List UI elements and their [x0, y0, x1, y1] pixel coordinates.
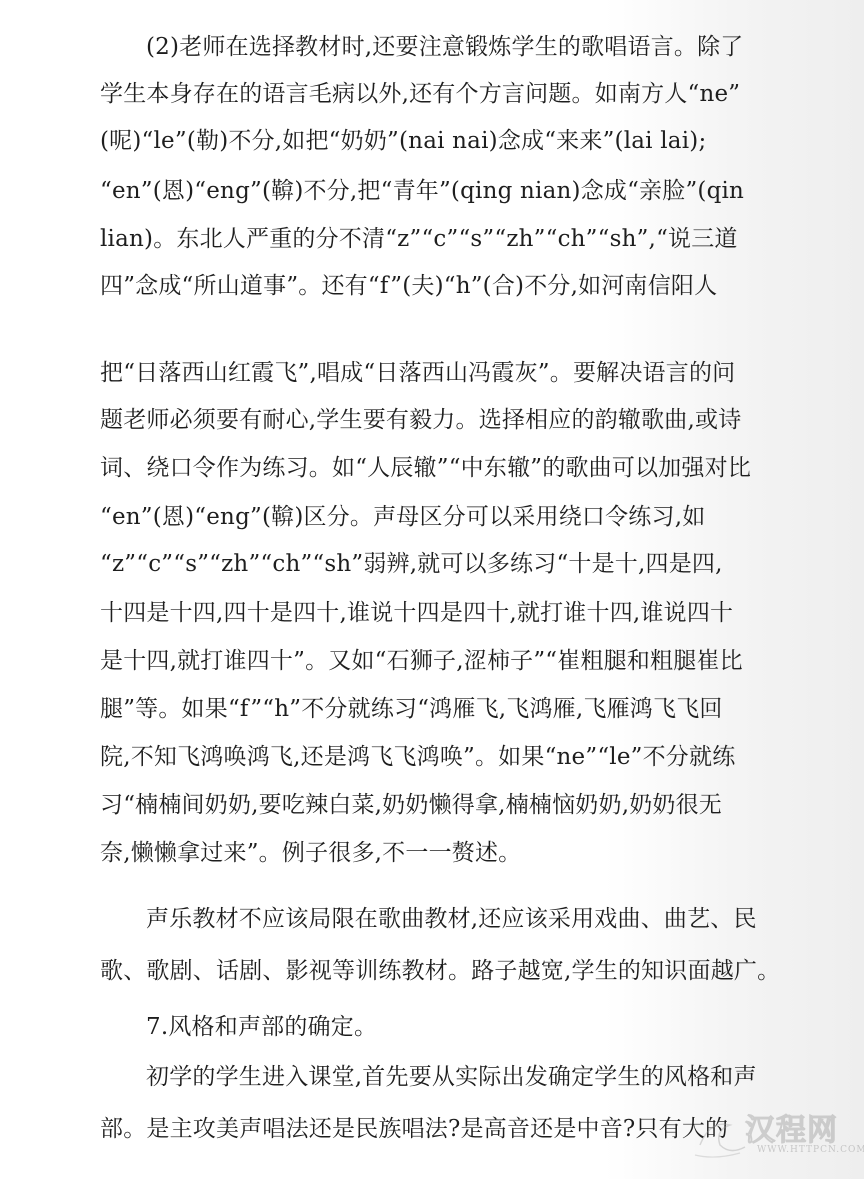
- paragraph-line: 腿”等。如果“f”“h”不分就练习“鸿雁飞,飞鸿雁,飞雁鸿飞飞回: [100, 694, 780, 724]
- paragraph-line: 院,不知飞鸿唤鸿飞,还是鸿飞飞鸿唤”。如果“ne”“le”不分就练: [100, 742, 780, 772]
- paragraph-line: lian)。东北人严重的分不清“z”“c”“s”“zh”“ch”“sh”,“说三…: [100, 224, 780, 254]
- paragraph-line: 题老师必须要有耐心,学生要有毅力。选择相应的韵辙歌曲,或诗: [100, 405, 780, 435]
- watermark-url: WWW.HTTPCN.COM: [757, 1145, 864, 1155]
- paragraph-line: 初学的学生进入课堂,首先要从实际出发确定学生的风格和声: [146, 1062, 826, 1092]
- paragraph-line: 四”念成“所山道事”。还有“f”(夫)“h”(合)不分,如河南信阳人: [100, 271, 780, 301]
- watermark-logo: 汉程网: [745, 1105, 838, 1149]
- paragraph-line: 奈,懒懒拿过来”。例子很多,不一一赘述。: [100, 838, 780, 868]
- paragraph-line: 学生本身存在的语言毛病以外,还有个方言问题。如南方人“ne”: [100, 79, 780, 109]
- paragraph-line: 部。是主攻美声唱法还是民族唱法?是高音还是中音?只有大的: [100, 1114, 780, 1144]
- paragraph-line: “en”(恩)“eng”(鞥)区分。声母区分可以采用绕口令练习,如: [100, 502, 780, 532]
- watermark: 汉程网 WWW.HTTPCN.COM: [735, 1105, 855, 1165]
- paragraph-line: (2)老师在选择教材时,还要注意锻炼学生的歌唱语言。除了: [146, 32, 826, 62]
- paragraph-line: 词、绕口令作为练习。如“人辰辙”“中东辙”的歌曲可以加强对比: [100, 453, 780, 483]
- document-page: (2)老师在选择教材时,还要注意锻炼学生的歌唱语言。除了 学生本身存在的语言毛病…: [0, 0, 864, 1179]
- paragraph-line: (呢)“le”(勒)不分,如把“奶奶”(nai nai)念成“来来”(lai l…: [100, 126, 780, 156]
- paragraph-line: 习“楠楠间奶奶,要吃辣白菜,奶奶懒得拿,楠楠恼奶奶,奶奶很无: [100, 790, 780, 820]
- paragraph-line: “en”(恩)“eng”(鞥)不分,把“青年”(qing nian)念成“亲脸”…: [100, 176, 780, 206]
- paragraph-line: 歌、歌剧、话剧、影视等训练教材。路子越宽,学生的知识面越广。: [100, 956, 780, 986]
- watermark-swirl-icon: [690, 1105, 750, 1165]
- paragraph-line: 是十四,就打谁四十”。又如“石狮子,涩柿子”“崔粗腿和粗腿崔比: [100, 646, 780, 676]
- paragraph-line: 声乐教材不应该局限在歌曲教材,还应该采用戏曲、曲艺、民: [146, 904, 826, 934]
- paragraph-line: 十四是十四,四十是四十,谁说十四是四十,就打谁十四,谁说四十: [100, 598, 780, 628]
- paragraph-line: “z”“c”“s”“zh”“ch”“sh”弱辨,就可以多练习“十是十,四是四,: [100, 549, 780, 579]
- section-heading: 7.风格和声部的确定。: [146, 1012, 826, 1042]
- paragraph-line: 把“日落西山红霞飞”,唱成“日落西山冯霞灰”。要解决语言的问: [100, 358, 780, 388]
